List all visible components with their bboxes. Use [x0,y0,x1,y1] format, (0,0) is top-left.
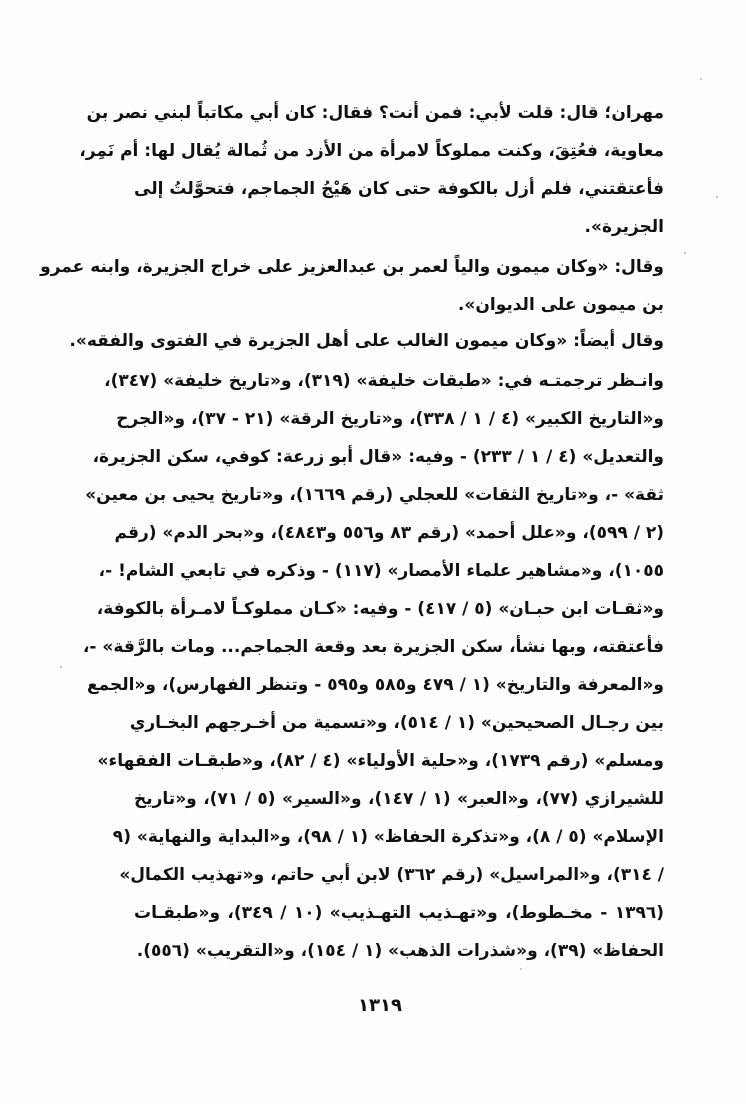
scan-speck [520,968,522,970]
text-line: و«ثقـات ابن حبـان» (٥ / ٤١٧) - وفيه: «كـ… [134,592,664,626]
text-line: الجزيرة». [134,210,664,244]
text-line: ١٠٥٥)، و«مشاهير علماء الأمصار» (١١٧) - و… [134,554,664,588]
text-line: وقال: «وكان ميمون والياً لعمر بن عبدالعز… [134,250,664,284]
text-line: ومسلم» (رقم ١٧٣٩)، و«حلية الأولياء» (٤ /… [134,744,664,778]
page-number: ١٣١٩ [340,995,420,1016]
text-line: (١٣٩٦ - مخـطوط)، و«تهـذيب التهـذيب» (١٠ … [134,896,664,930]
scan-speck [700,78,702,80]
text-line: مهران؛ قال: قلت لأبي: فمن أنت؟ فقال: كان… [134,96,664,130]
text-line: للشيرازي (٧٧)، و«العبر» (١ / ١٤٧)، و«الس… [134,782,664,816]
text-line: فأعتقتني، فلم أزل بالكوفة حتى كان هَيْجُ… [134,172,664,206]
text-line: بين رجـال الصحيحين» (١ / ٥١٤)، و«تسمية م… [134,706,664,740]
text-line: الحفاظ» (٣٩)، و«شذرات الذهب» (١ / ١٥٤)، … [134,934,664,968]
scan-speck [716,196,718,198]
text-line: / ٣١٤)، و«المراسيل» (رقم ٣٦٢) لابن أبي ح… [134,858,664,892]
scan-speck [60,666,62,668]
text-line: والتعديل» (٤ / ١ / ٢٣٣) - وفيه: «قال أبو… [134,440,664,474]
text-line: وقال أيضاً: «وكان ميمون الغالب على أهل ا… [134,324,664,358]
text-line: فأعتقته، وبها نشأ، سكن الجزيرة بعد وقعة … [134,630,664,664]
text-line: (٢ / ٥٩٩)، و«علل أحمد» (رقم ٨٣ و٥٥٦ و٤٨٤… [134,516,664,550]
text-line: الإسلام» (٥ / ٨)، و«تذكرة الحفاظ» (١ / ٩… [134,820,664,854]
text-line: و«التاريخ الكبير» (٤ / ١ / ٣٣٨)، و«تاريخ… [134,402,664,436]
text-line: معاوية، فعُتِقَ، وكنت مملوكاً لامرأة من … [134,134,664,168]
text-line: وانـظر ترجمتـه في: «طبقات خليفة» (٣١٩)، … [134,364,664,398]
text-line: ثقة» -، و«تاريخ الثقات» للعجلي (رقم ١٦٦٩… [134,478,664,512]
scan-speck [684,252,686,254]
text-line: بن ميمون على الديوان». [134,288,664,322]
text-line: و«المعرفة والتاريخ» (١ / ٤٧٩ و٥٨٥ و٥٩٥ -… [134,668,664,702]
document-page: مهران؛ قال: قلت لأبي: فمن أنت؟ فقال: كان… [0,0,746,1104]
